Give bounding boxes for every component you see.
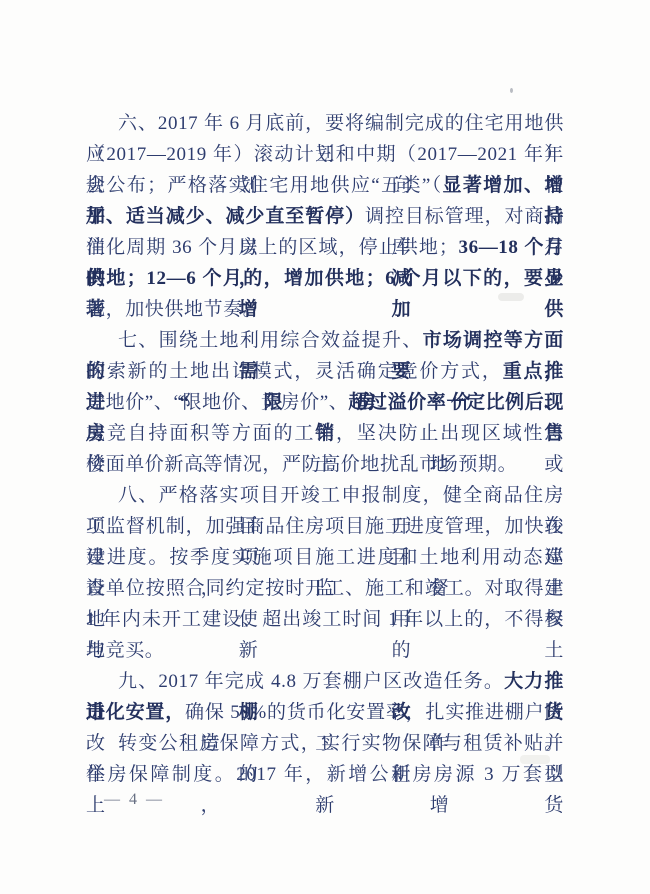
text-line: 或竞自持面积等方面的工作，坚决防止出现区域性总价、土地或 — [86, 418, 564, 449]
text-run: 消化周期 36 个月以上的区域，停止供地； — [86, 237, 459, 258]
document-body: 六、2017 年 6 月底前，要将编制完成的住宅用地供应三年（2017—2019… — [86, 108, 564, 790]
text-line: 八、严格落实项目开竣工申报制度，健全商品住房项目开竣 — [86, 480, 564, 511]
text-run: 地竞买。 — [86, 640, 164, 661]
scan-smudge — [498, 293, 524, 301]
scan-speck — [510, 88, 513, 93]
text-line: 竞地价”、“限地价、竞房价”、超过溢价率一定比例后现房销售 — [86, 387, 564, 418]
text-line: 六、2017 年 6 月底前，要将编制完成的住宅用地供应三年 — [86, 108, 564, 139]
text-line: 1 年内未开工建设、超出竣工时间 1 年以上的，不得参与新的土 — [86, 604, 564, 635]
scan-smudge — [520, 755, 550, 764]
text-line: 设单位按照合同约定按时开工、施工和竣工。对取得土地使用权 — [86, 573, 564, 604]
text-line: 工监督机制，加强商品住房项目施工进度管理，加快在建项目建 — [86, 511, 564, 542]
page-number: — 4 — — [104, 791, 165, 809]
text-run: 会公布；严格落实住宅用地供应“五类”（ — [86, 175, 443, 196]
text-run: 地，加快供地节奏。 — [86, 299, 262, 320]
text-line: 消化周期 36 个月以上的区域，停止供地；36—18 个月的，减少 — [86, 232, 564, 263]
bold-text-run: 平、适当减少、减少直至暂停） — [86, 206, 365, 227]
text-run: 九、2017 年完成 4.8 万套棚户区改造任务。 — [118, 671, 504, 692]
text-run: 竞地价”、“限地价、竞房价”、 — [86, 392, 348, 413]
text-line: 九、2017 年完成 4.8 万套棚户区改造任务。大力推进棚改货 — [86, 666, 564, 697]
text-line: 会公布；严格落实住宅用地供应“五类”（显著增加、增加、持 — [86, 170, 564, 201]
text-line: 楼面单价新高等情况，严防高价地扰乱市场预期。 — [86, 449, 564, 480]
document-page: 六、2017 年 6 月底前，要将编制完成的住宅用地供应三年（2017—2019… — [0, 0, 650, 894]
text-line: 探索新的土地出让模式，灵活确定竞价方式，重点推进“限房价、 — [86, 356, 564, 387]
text-line: 平、适当减少、减少直至暂停）调控目标管理，对商品住房库存 — [86, 201, 564, 232]
bold-text-run: 币化安置， — [86, 702, 185, 723]
text-line: 转变公租房保障方式，实行实物保障与租赁补贴并举的新型 — [86, 728, 564, 759]
text-run: 七、围绕土地利用综合效益提升、 — [118, 330, 423, 351]
text-run: 探索新的土地出让模式，灵活确定竞价方式， — [86, 361, 503, 382]
text-line: （2017—2019 年）滚动计划和中期（2017—2021 年）规划向社 — [86, 139, 564, 170]
text-line: 设进度。按季度实施项目施工进度和土地利用动态巡查，监督建 — [86, 542, 564, 573]
text-line: 供地；12—6 个月的，增加供地；6 个月以下的，要显著增加供 — [86, 263, 564, 294]
text-run: 楼面单价新高等情况，严防高价地扰乱市场预期。 — [86, 454, 517, 475]
text-line: 七、围绕土地利用综合效益提升、市场调控等方面的需要， — [86, 325, 564, 356]
text-line: 住房保障制度。2017 年，新增公租房房源 3 万套以上，新增货 — [86, 759, 564, 790]
text-line: 币化安置，确保 50%的货币化安置率，扎实推进棚户区改造工作。 — [86, 697, 564, 728]
